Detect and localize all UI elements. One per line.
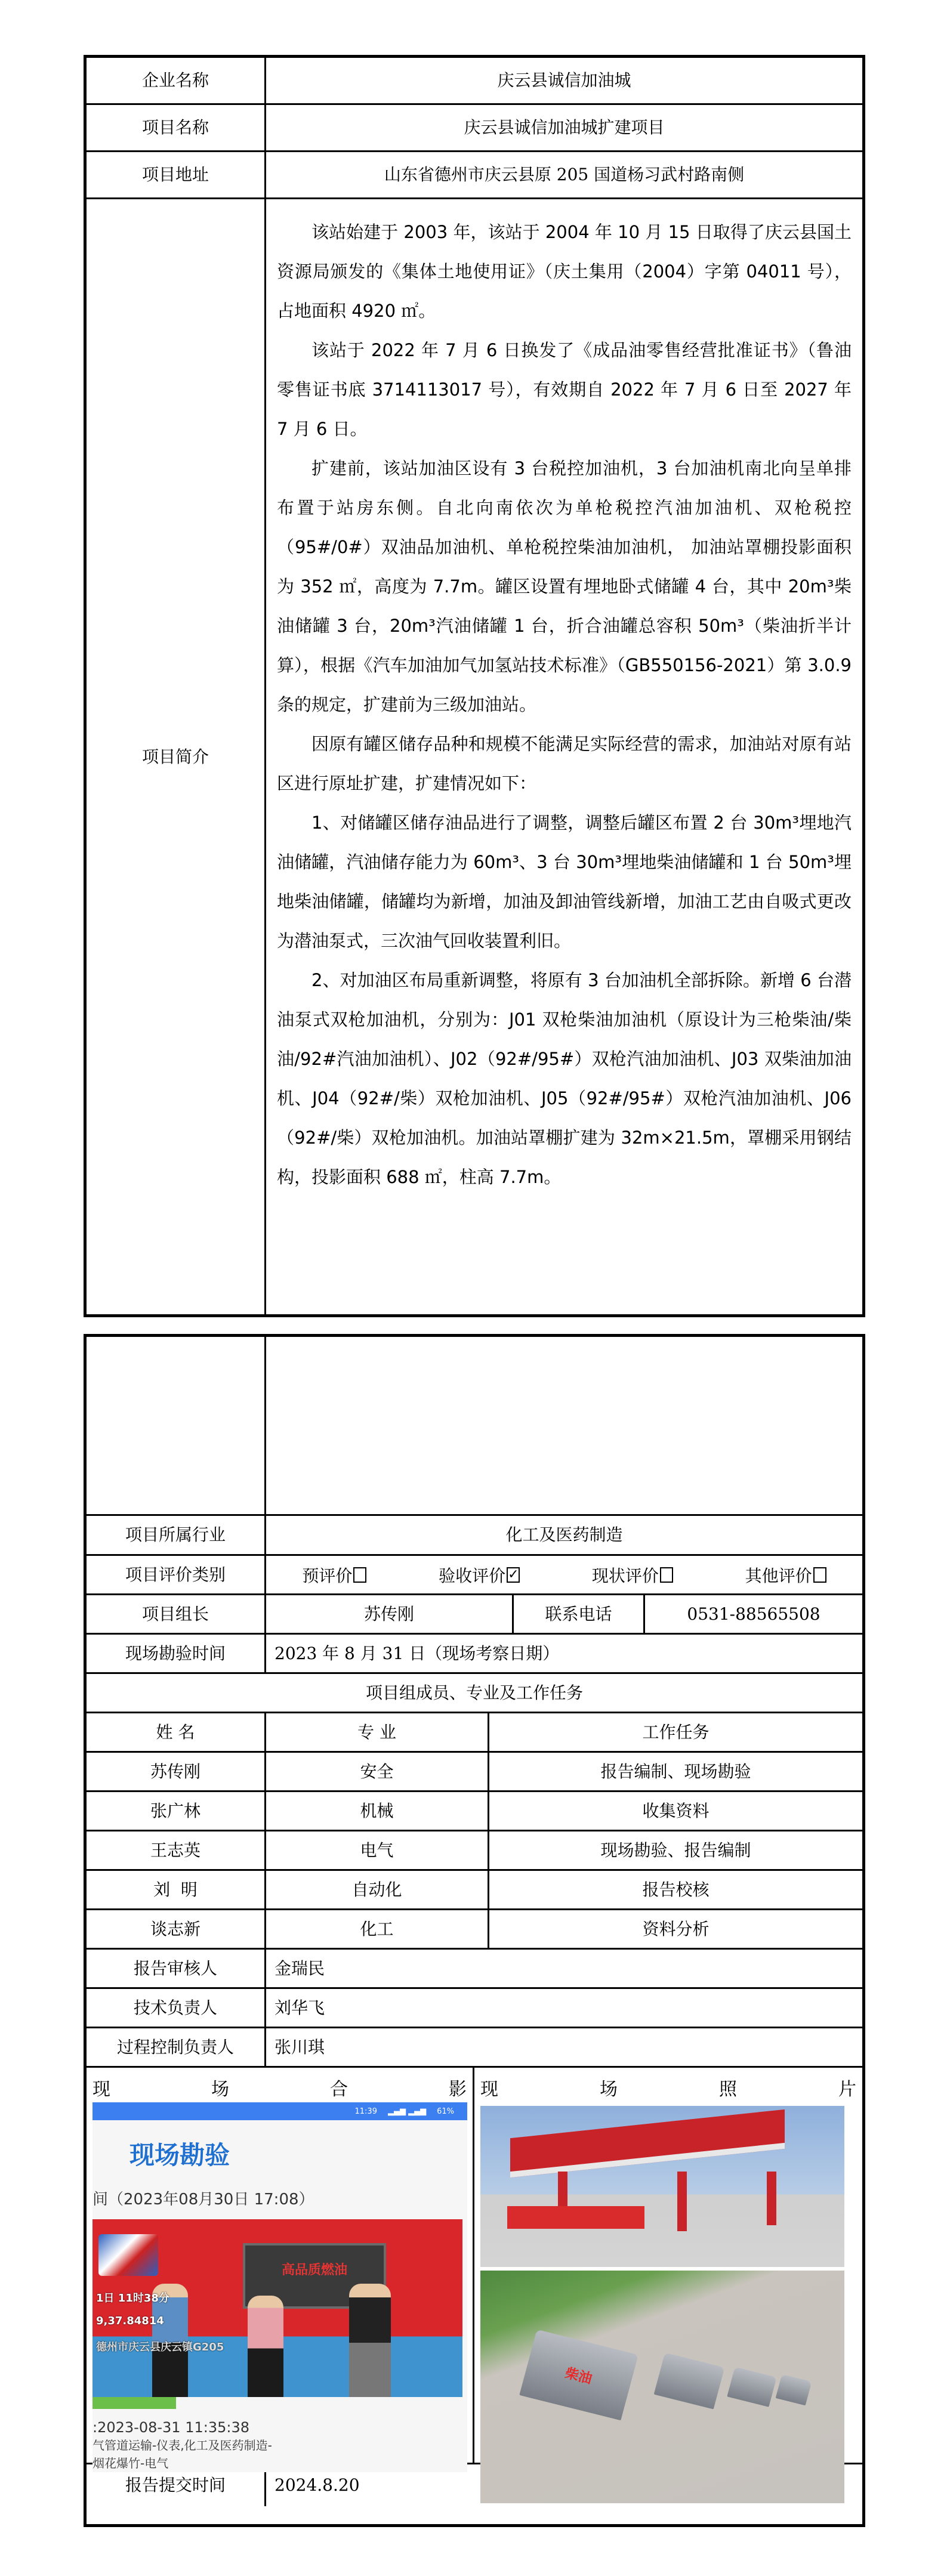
photo-timestamp-line: 间（2023年08月30日 17:08）	[92, 2187, 467, 2209]
member-major: 自动化	[266, 1871, 489, 1908]
project-team-table: 项目所属行业 化工及医药制造 项目评价类别 预评价 验收评价 ✓ 现状评价 其他…	[84, 1334, 865, 2527]
project-address-label: 项目地址	[87, 152, 266, 197]
row-project-address: 项目地址 山东省德州市庆云县原 205 国道杨习武村路南侧	[87, 152, 862, 199]
phone-value: 0531-88565508	[645, 1595, 862, 1633]
phone-status-bar: 11:39 ▂▄▆ ▂▄▆ 61%	[92, 2102, 467, 2120]
site-photo-title: 现 场 照 片	[480, 2072, 856, 2102]
row-eval-type: 项目评价类别 预评价 验收评价 ✓ 现状评价 其他评价	[87, 1556, 862, 1595]
gas-station-canopy-photo	[480, 2106, 844, 2267]
overlay-address: 德州市庆云县庆云镇G205	[96, 2339, 224, 2354]
tank-area-photo: 柴油	[480, 2271, 844, 2503]
canopy-pillar	[677, 2172, 687, 2231]
eval-option-label: 现状评价	[592, 1563, 659, 1587]
member-name: 张广林	[87, 1792, 266, 1830]
eval-option-label: 预评价	[302, 1563, 352, 1587]
battery-level: 61%	[437, 2107, 454, 2116]
members-section-title: 项目组成员、专业及工作任务	[87, 1674, 862, 1712]
project-intro-label: 项目简介	[87, 199, 266, 1314]
company-logo-icon	[98, 2234, 158, 2276]
row-photos: 现 场 合 影 11:39 ▂▄▆ ▂▄▆ 61% 现场勘验 间（2023年08…	[87, 2068, 862, 2464]
title-char: 现	[92, 2074, 110, 2101]
empty-value-cell	[266, 1337, 862, 1514]
reviewer-value: 金瑞民	[266, 1950, 862, 1987]
record-time: :2023-08-31 11:35:38	[92, 2419, 467, 2436]
project-name-value: 庆云县诚信加油城扩建项目	[266, 105, 862, 150]
row-company-name: 企业名称 庆云县诚信加油城	[87, 58, 862, 105]
leader-label: 项目组长	[87, 1595, 266, 1633]
eval-option-pre[interactable]: 预评价	[302, 1563, 366, 1587]
company-name-label: 企业名称	[87, 58, 266, 103]
title-char: 场	[211, 2074, 229, 2101]
project-address-value: 山东省德州市庆云县原 205 国道杨习武村路南侧	[266, 152, 862, 197]
company-name-value: 庆云县诚信加油城	[266, 58, 862, 103]
row-tech-lead: 技术负责人 刘华飞	[87, 1989, 862, 2028]
intro-paragraph: 因原有罐区储存品种和规模不能满足实际经营的需求，加油站对原有站区进行原址扩建，扩…	[277, 724, 852, 803]
header-task: 工作任务	[489, 1713, 862, 1751]
person-figure	[349, 2284, 391, 2397]
member-name: 苏传刚	[87, 1753, 266, 1790]
member-task: 报告校核	[489, 1871, 862, 1908]
intro-paragraph: 1、对储罐区储存油品进行了调整，调整后罐区布置 2 台 30m³埋地汽油储罐，汽…	[277, 803, 852, 960]
project-name-label: 项目名称	[87, 105, 266, 150]
overlay-coordinate: 9,37.84814	[96, 2315, 164, 2327]
industry-label: 项目所属行业	[87, 1516, 266, 1554]
eval-type-label: 项目评价类别	[87, 1556, 266, 1593]
member-task: 现场勘验、报告编制	[489, 1831, 862, 1869]
checkbox-unchecked-icon[interactable]	[660, 1567, 673, 1583]
header-major: 专 业	[266, 1713, 489, 1751]
industry-value: 化工及医药制造	[266, 1516, 862, 1554]
row-project-intro: 项目简介 该站始建于 2003 年，该站于 2004 年 10 月 15 日取得…	[87, 199, 862, 1314]
member-row: 谈志新 化工 资料分析	[87, 1910, 862, 1950]
record-major: 气管道运输-仪表,化工及医药制造-	[92, 2436, 467, 2454]
header-name: 姓 名	[87, 1713, 266, 1751]
member-major: 机械	[266, 1792, 489, 1830]
group-photo-screenshot: 11:39 ▂▄▆ ▂▄▆ 61% 现场勘验 间（2023年08月30日 17:…	[92, 2102, 467, 2472]
row-survey-time: 现场勘验时间 2023 年 8 月 31 日（现场考察日期）	[87, 1635, 862, 1674]
title-char: 影	[449, 2074, 467, 2101]
eval-option-label: 验收评价	[439, 1563, 505, 1587]
empty-label-cell	[87, 1337, 266, 1514]
intro-paragraph: 扩建前，该站加油区设有 3 台税控加油机，3 台加油机南北向呈单排布置于站房东侧…	[277, 449, 852, 724]
member-major: 安全	[266, 1753, 489, 1790]
survey-time-label: 现场勘验时间	[87, 1635, 266, 1672]
status-time: 11:39	[355, 2107, 377, 2116]
title-char: 合	[330, 2074, 348, 2101]
signal-icon: ▂▄▆ ▂▄▆	[388, 2107, 426, 2116]
station-building	[507, 2206, 644, 2229]
checkbox-checked-icon[interactable]: ✓	[507, 1567, 520, 1583]
tech-lead-value: 刘华飞	[266, 1989, 862, 2027]
members-header-row: 姓 名 专 业 工作任务	[87, 1713, 862, 1753]
title-char: 片	[838, 2074, 856, 2101]
eval-option-status[interactable]: 现状评价	[592, 1563, 673, 1587]
eval-option-label: 其他评价	[745, 1563, 812, 1587]
green-tab	[92, 2397, 176, 2409]
row-process-lead: 过程控制负责人 张川琪	[87, 2028, 862, 2068]
member-task: 报告编制、现场勘验	[489, 1753, 862, 1790]
person-figure	[248, 2296, 283, 2397]
member-row: 刘 明 自动化 报告校核	[87, 1871, 862, 1910]
record-details: :2023-08-31 11:35:38 气管道运输-仪表,化工及医药制造- 烟…	[92, 2419, 467, 2472]
checkbox-unchecked-icon[interactable]	[813, 1567, 826, 1583]
member-row: 王志英 电气 现场勘验、报告编制	[87, 1831, 862, 1871]
site-photo-cell: 现 场 照 片 柴油	[474, 2068, 862, 2463]
canopy-pillar	[767, 2172, 776, 2225]
title-char: 照	[719, 2074, 737, 2101]
tank-cover	[727, 2367, 776, 2407]
eval-option-acceptance[interactable]: 验收评价 ✓	[439, 1563, 520, 1587]
tank-cover: 柴油	[519, 2330, 638, 2420]
row-industry: 项目所属行业 化工及医药制造	[87, 1516, 862, 1556]
group-photo-image: 高品质燃油 1日 11时38分 9,37.84814 德州市庆云县庆云镇G205	[92, 2219, 462, 2397]
title-char: 场	[600, 2074, 618, 2101]
group-photo-cell: 现 场 合 影 11:39 ▂▄▆ ▂▄▆ 61% 现场勘验 间（2023年08…	[87, 2068, 474, 2463]
project-info-table: 企业名称 庆云县诚信加油城 项目名称 庆云县诚信加油城扩建项目 项目地址 山东省…	[84, 55, 865, 1317]
member-major: 化工	[266, 1910, 489, 1948]
tech-lead-label: 技术负责人	[87, 1989, 266, 2027]
member-row: 苏传刚 安全 报告编制、现场勘验	[87, 1753, 862, 1792]
eval-type-options: 预评价 验收评价 ✓ 现状评价 其他评价	[266, 1556, 862, 1593]
member-row: 张广林 机械 收集资料	[87, 1792, 862, 1831]
member-name: 刘 明	[87, 1871, 266, 1908]
group-photo-title: 现 场 合 影	[92, 2072, 467, 2102]
canopy-roof	[510, 2109, 785, 2177]
member-major: 电气	[266, 1831, 489, 1869]
row-members-title: 项目组成员、专业及工作任务	[87, 1674, 862, 1713]
intro-paragraph: 2、对加油区布局重新调整，将原有 3 台加油机全部拆除。新增 6 台潜油泵式双枪…	[277, 960, 852, 1197]
row-leader: 项目组长 苏传刚 联系电话 0531-88565508	[87, 1595, 862, 1635]
phone-label: 联系电话	[514, 1595, 645, 1633]
member-name: 王志英	[87, 1831, 266, 1869]
row-project-name: 项目名称 庆云县诚信加油城扩建项目	[87, 105, 862, 152]
title-char: 现	[480, 2074, 498, 2101]
reviewer-label: 报告审核人	[87, 1950, 266, 1987]
record-major-2: 烟花爆竹-电气	[92, 2454, 467, 2472]
member-task: 收集资料	[489, 1792, 862, 1830]
project-intro-text: 该站始建于 2003 年，该站于 2004 年 10 月 15 日取得了庆云县国…	[266, 199, 862, 1314]
overlay-time: 1日 11时38分	[96, 2290, 169, 2305]
member-task: 资料分析	[489, 1910, 862, 1948]
app-title: 现场勘验	[129, 2136, 467, 2172]
process-lead-value: 张川琪	[266, 2028, 862, 2066]
intro-paragraph: 该站于 2022 年 7 月 6 日换发了《成品油零售经营批准证书》（鲁油零售证…	[277, 331, 852, 449]
member-name: 谈志新	[87, 1910, 266, 1948]
survey-time-value: 2023 年 8 月 31 日（现场考察日期）	[266, 1635, 862, 1672]
tank-cover	[654, 2353, 725, 2410]
leader-value: 苏传刚	[266, 1595, 514, 1633]
eval-option-other[interactable]: 其他评价	[745, 1563, 826, 1587]
intro-paragraph: 该站始建于 2003 年，该站于 2004 年 10 月 15 日取得了庆云县国…	[277, 212, 852, 331]
row-intro-continued	[87, 1337, 862, 1516]
row-reviewer: 报告审核人 金瑞民	[87, 1950, 862, 1989]
process-lead-label: 过程控制负责人	[87, 2028, 266, 2066]
checkbox-unchecked-icon[interactable]	[353, 1567, 366, 1583]
tank-cover	[776, 2374, 812, 2405]
